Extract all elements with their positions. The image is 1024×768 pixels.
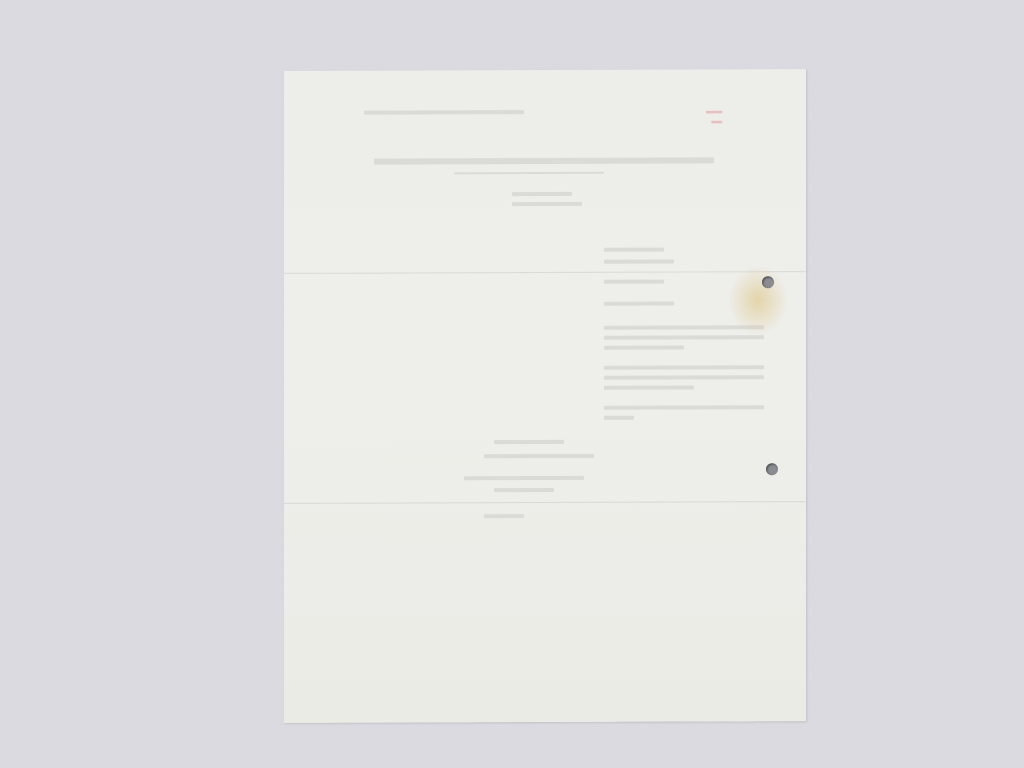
- para-line: [604, 365, 764, 370]
- para-line: [604, 335, 764, 340]
- closing-line: [464, 476, 584, 480]
- punch-hole: [766, 463, 778, 475]
- letterhead-sub: [454, 172, 604, 175]
- para-line: [604, 375, 764, 380]
- red-stamp: ▬▬▬ ▬▬: [706, 107, 722, 127]
- address-line: [604, 280, 664, 284]
- closing-line: [484, 514, 524, 518]
- letterhead-line: [364, 110, 524, 115]
- para-line: [604, 405, 764, 410]
- rust-stain: [728, 265, 788, 335]
- fold-crease: [284, 501, 806, 504]
- letterhead-company: [374, 157, 714, 164]
- para-line: [604, 385, 694, 389]
- closing-line: [484, 454, 594, 458]
- salutation: [604, 302, 674, 306]
- closing-line: [494, 488, 554, 492]
- ref-line: [512, 202, 582, 206]
- address-line: [604, 248, 664, 252]
- fold-crease: [284, 271, 806, 274]
- para-line: [604, 346, 684, 350]
- closing-line: [494, 440, 564, 444]
- date-line: [512, 192, 572, 196]
- para-line: [604, 416, 634, 420]
- letter-paper: ▬▬▬ ▬▬: [284, 69, 806, 723]
- address-line: [604, 260, 674, 264]
- punch-hole: [762, 276, 774, 288]
